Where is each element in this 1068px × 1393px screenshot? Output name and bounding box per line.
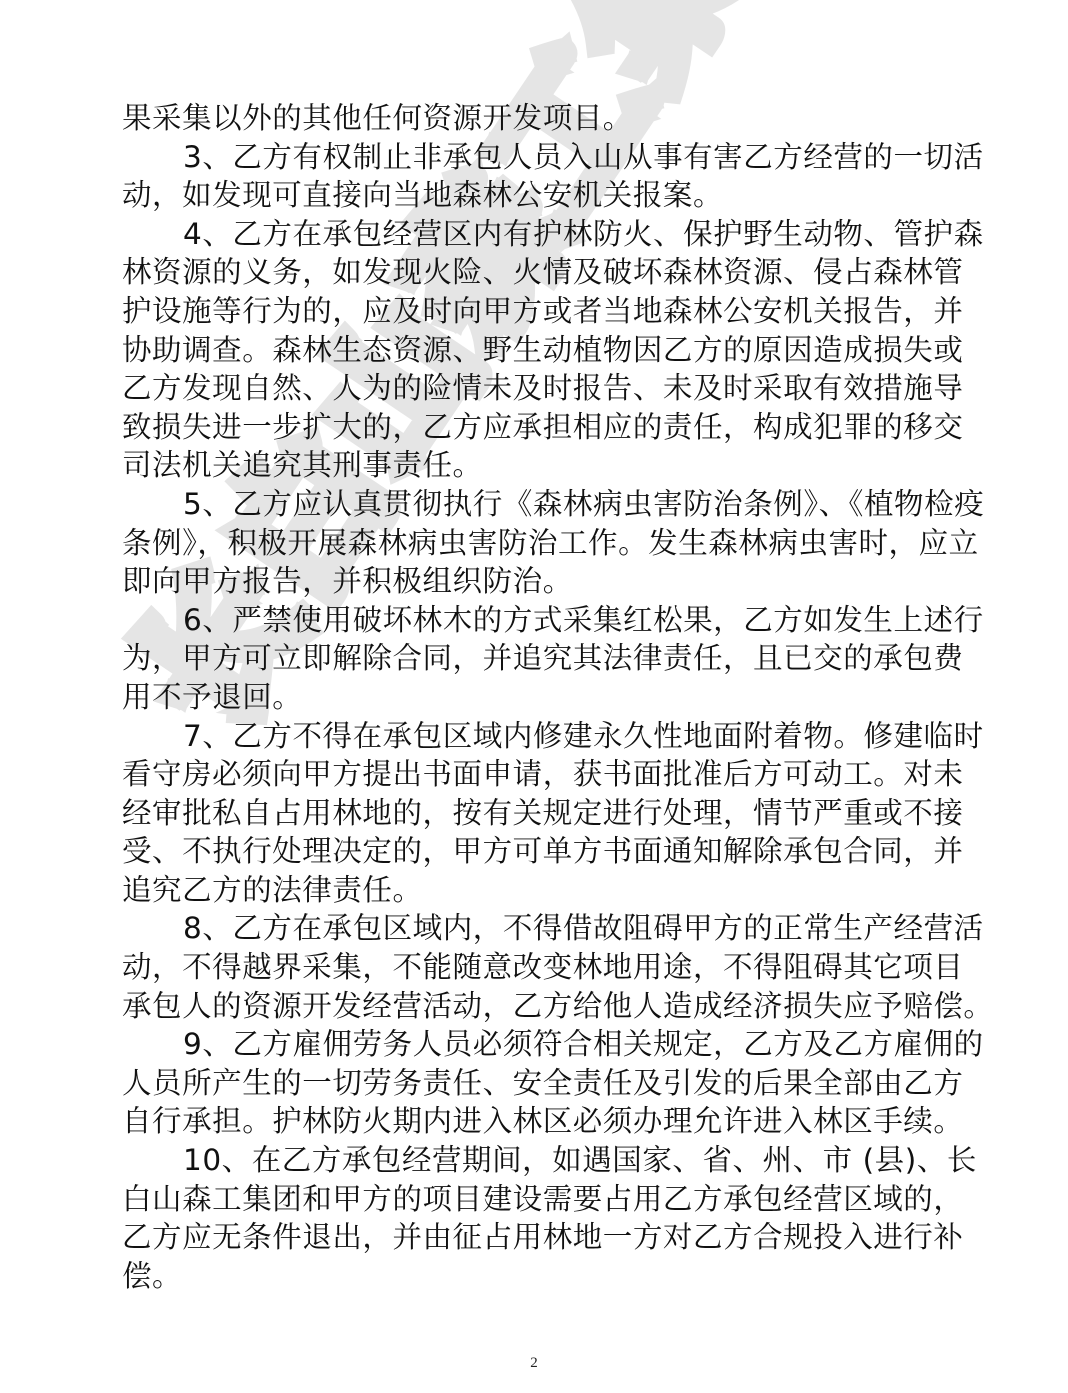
text-line: 致损失进一步扩大的，乙方应承担相应的责任，构成犯罪的移交	[122, 408, 944, 447]
text-line: 用不予退回。	[122, 678, 944, 717]
text-line: 自行承担。护林防火期内进入林区必须办理允许进入林区手续。	[122, 1102, 944, 1141]
text-line: 10、在乙方承包经营期间，如遇国家、省、州、市 (县)、长	[122, 1141, 944, 1180]
paragraph-5: 5、乙方应认真贯彻执行《森林病虫害防治条例》、《植物检疫 条例》，积极开展森林病…	[122, 485, 944, 601]
text-line: 承包人的资源开发经营活动，乙方给他人造成经济损失应予赔偿。	[122, 987, 944, 1026]
text-line: 协助调查。森林生态资源、野生动植物因乙方的原因造成损失或	[122, 331, 944, 370]
text-line: 7、乙方不得在承包区域内修建永久性地面附着物。修建临时	[122, 717, 944, 756]
paragraph-7: 7、乙方不得在承包区域内修建永久性地面附着物。修建临时 看守房必须向甲方提出书面…	[122, 717, 944, 910]
text-line: 即向甲方报告，并积极组织防治。	[122, 562, 944, 601]
text-line: 司法机关追究其刑事责任。	[122, 446, 944, 485]
paragraph-10: 10、在乙方承包经营期间，如遇国家、省、州、市 (县)、长 白山森工集团和甲方的…	[122, 1141, 944, 1295]
text-line: 动，如发现可直接向当地森林公安机关报案。	[122, 176, 944, 215]
document-page: 长白山森工集团 果采集以外的其他任何资源开发项目。 3、乙方有权制止非承包人员入…	[0, 0, 1068, 1393]
text-line: 8、乙方在承包区域内，不得借故阻碍甲方的正常生产经营活	[122, 909, 944, 948]
text-line: 为，甲方可立即解除合同，并追究其法律责任，且已交的承包费	[122, 639, 944, 678]
text-line: 人员所产生的一切劳务责任、安全责任及引发的后果全部由乙方	[122, 1064, 944, 1103]
paragraph-6: 6、严禁使用破坏林木的方式采集红松果，乙方如发生上述行 为，甲方可立即解除合同，…	[122, 601, 944, 717]
contract-body: 果采集以外的其他任何资源开发项目。 3、乙方有权制止非承包人员入山从事有害乙方经…	[122, 99, 944, 1295]
text-line: 看守房必须向甲方提出书面申请，获书面批准后方可动工。对未	[122, 755, 944, 794]
paragraph-2-tail: 果采集以外的其他任何资源开发项目。	[122, 99, 944, 138]
text-line: 受、不执行处理决定的，甲方可单方书面通知解除承包合同，并	[122, 832, 944, 871]
text-line: 偿。	[122, 1257, 944, 1296]
text-line: 4、乙方在承包经营区内有护林防火、保护野生动物、管护森	[122, 215, 944, 254]
text-line: 白山森工集团和甲方的项目建设需要占用乙方承包经营区域的，	[122, 1180, 944, 1219]
text-line: 护设施等行为的，应及时向甲方或者当地森林公安机关报告，并	[122, 292, 944, 331]
text-line: 林资源的义务，如发现火险、火情及破坏森林资源、侵占森林管	[122, 253, 944, 292]
paragraph-8: 8、乙方在承包区域内，不得借故阻碍甲方的正常生产经营活 动，不得越界采集，不能随…	[122, 909, 944, 1025]
page-number: 2	[0, 1355, 1068, 1372]
text-line: 果采集以外的其他任何资源开发项目。	[122, 99, 944, 138]
text-line: 经审批私自占用林地的，按有关规定进行处理，情节严重或不接	[122, 794, 944, 833]
text-line: 乙方应无条件退出，并由征占用林地一方对乙方合规投入进行补	[122, 1218, 944, 1257]
paragraph-4: 4、乙方在承包经营区内有护林防火、保护野生动物、管护森 林资源的义务，如发现火险…	[122, 215, 944, 485]
text-line: 3、乙方有权制止非承包人员入山从事有害乙方经营的一切活	[122, 138, 944, 177]
paragraph-9: 9、乙方雇佣劳务人员必须符合相关规定，乙方及乙方雇佣的 人员所产生的一切劳务责任…	[122, 1025, 944, 1141]
text-line: 乙方发现自然、人为的险情未及时报告、未及时采取有效措施导	[122, 369, 944, 408]
text-line: 条例》，积极开展森林病虫害防治工作。发生森林病虫害时，应立	[122, 524, 944, 563]
text-line: 动，不得越界采集，不能随意改变林地用途，不得阻碍其它项目	[122, 948, 944, 987]
text-line: 9、乙方雇佣劳务人员必须符合相关规定，乙方及乙方雇佣的	[122, 1025, 944, 1064]
text-line: 追究乙方的法律责任。	[122, 871, 944, 910]
paragraph-3: 3、乙方有权制止非承包人员入山从事有害乙方经营的一切活 动，如发现可直接向当地森…	[122, 138, 944, 215]
text-line: 6、严禁使用破坏林木的方式采集红松果，乙方如发生上述行	[122, 601, 944, 640]
text-line: 5、乙方应认真贯彻执行《森林病虫害防治条例》、《植物检疫	[122, 485, 944, 524]
